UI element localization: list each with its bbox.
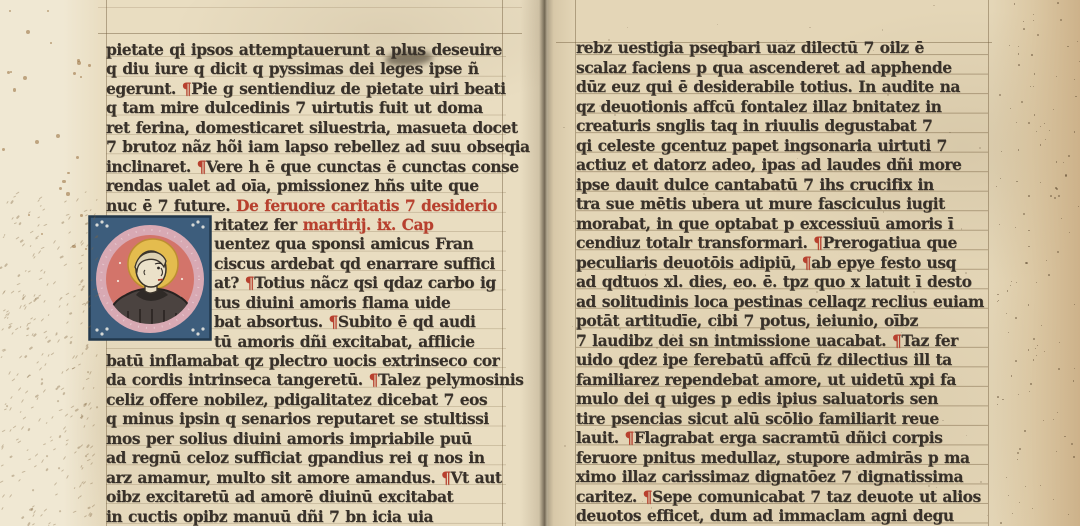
rubric-text: ¶ [892, 331, 901, 350]
rubric-text: ¶ [182, 79, 191, 98]
text-line: oibz excitaretū ad amorē diuinū excitaba… [106, 487, 506, 506]
text-line-with-rubric: egerunt. ¶Pie g sentiendiuz de pietate u… [106, 79, 506, 98]
body-text: Subito ē qd audi [338, 312, 475, 331]
rubric-text: ¶ [197, 157, 206, 176]
text-line: potāt artitudīe, cibi 7 potus, ieiunio, … [576, 311, 988, 331]
eye [157, 267, 160, 270]
body-text: rebz uestigia pseqbari uaz dilectū 7 oil… [576, 38, 924, 57]
body-text: qi celeste gcentuz papet ingsonaria uirt… [576, 136, 947, 155]
page-gutter-fold [520, 0, 576, 526]
text-line: tire psencias sicut alū scōlio familiari… [576, 409, 988, 429]
body-text: tire psencias sicut alū scōlio familiari… [576, 409, 939, 428]
text-line: batū inflamabat qz plectro uocis extrins… [106, 351, 506, 370]
body-text: at? [214, 273, 245, 292]
body-text: tus diuini amoris flama uide [214, 293, 450, 312]
body-text: bat absortus. [214, 312, 329, 331]
body-text: Talez pelymosinis [378, 370, 523, 389]
text-line: qi celeste gcentuz papet ingsonaria uirt… [576, 136, 988, 156]
body-text: rendas ualet ad oīa, pmissionez hñs uite… [106, 176, 479, 195]
historiated-initial [88, 215, 212, 341]
body-text: deuotos efficet, dum ad immaclam agni de… [576, 506, 954, 525]
text-line: 7 brutoz nãz hõi iam lapso rebellez ad s… [106, 137, 506, 156]
ruling-line-horizontal [98, 33, 522, 34]
text-line: pietate qi ipsos attemptauerunt a plus d… [106, 40, 506, 59]
body-text: egerunt. [106, 79, 182, 98]
body-text: tū amoris dñi excitabat, afflicie [214, 332, 474, 351]
text-line: mos per solius diuini amoris impriabile … [106, 429, 506, 448]
body-text: scalaz faciens p qua ascenderet ad apphe… [576, 58, 952, 77]
body-text: 7 laudibz dei sn intmissione uacabat. [576, 331, 892, 350]
manuscript-photo: pietate qi ipsos attemptauerunt a plus d… [0, 0, 1080, 526]
body-text: creaturis snglis taq in riuulis degustab… [576, 116, 932, 135]
text-line-with-rubric: peculiaris deuotōis adipiū, ¶ab epye fes… [576, 253, 988, 273]
rubric-text: ¶ [625, 428, 634, 447]
body-text: oibz excitaretū ad amorē diuinū excitaba… [106, 487, 453, 506]
body-text: ab epye festo usq [811, 253, 956, 272]
text-line: ad solitudinis loca pestinas cellaqz rec… [576, 292, 988, 312]
rubric-text: ¶ [802, 253, 811, 272]
text-line: rebz uestigia pseqbari uaz dilectū 7 oil… [576, 38, 988, 58]
body-text: ciscus ardebat qd enarrare suffici [214, 254, 495, 273]
body-text: Vt aut [450, 468, 501, 487]
body-text: inclinaret. [106, 157, 197, 176]
text-line-with-rubric: lauit. ¶Flagrabat erga sacramtū dñici co… [576, 428, 988, 448]
right-text-block: rebz uestigia pseqbari uaz dilectū 7 oil… [576, 38, 988, 526]
body-text: Totius nãcz qsi qdaz carbo ig [254, 273, 496, 292]
body-text: qz deuotionis affcū fontalez illaz bnita… [576, 97, 941, 116]
text-line-with-rubric: da cordis intrinseca tangeretū. ¶Talez p… [106, 370, 506, 389]
body-text: celiz offere nobilez, pdigalitatez diceb… [106, 390, 487, 409]
text-line: feruore pnitus medullaz, stupore admirās… [576, 448, 988, 468]
text-line-with-rubric: 7 laudibz dei sn intmissione uacabat. ¶T… [576, 331, 988, 351]
text-line: creaturis snglis taq in riuulis degustab… [576, 116, 988, 136]
body-text: tra sue mētis ubera ut mure fasciculus i… [576, 194, 945, 213]
text-line: deuotos efficet, dum ad immaclam agni de… [576, 506, 988, 526]
text-line: mulo dei q uiges p edis ipius saluatoris… [576, 389, 988, 409]
rubric-text: De feruore caritatis 7 desiderio [236, 196, 497, 215]
body-text: cendiuz totalr transformari. [576, 233, 813, 252]
body-text: ad solitudinis loca pestinas cellaqz rec… [576, 292, 984, 311]
body-text: q minus ipsin q senarios reputaret se st… [106, 409, 489, 428]
ruling-line-vertical [988, 0, 989, 526]
body-text: da cordis intrinseca tangeretū. [106, 370, 369, 389]
text-line: actiuz et datorz adeo, ipas ad laudes dñ… [576, 155, 988, 175]
body-text: in cuctis opibz manuū dñi 7 bn icia uia [106, 507, 433, 526]
body-text: ret ferina, domesticaret siluestria, mas… [106, 118, 518, 137]
text-line: ximo illaz carissimaz dignatōez 7 dignat… [576, 467, 988, 487]
monk-bust-illustration [88, 215, 212, 341]
body-text: caritez. [576, 487, 643, 506]
body-text: mos per solius diuini amoris impriabile … [106, 429, 472, 448]
body-text: Flagrabat erga sacramtū dñici corpis [634, 428, 942, 447]
mouth [158, 280, 163, 281]
body-text: Vere h ē que cunctas ē cunctas conse [206, 157, 519, 176]
body-text: nuc ē 7 future. [106, 196, 236, 215]
rubric-text: ¶ [329, 312, 338, 331]
text-line-with-rubric: nuc ē 7 future. De feruore caritatis 7 d… [106, 196, 506, 215]
body-text: morabat, in que optabat p excessiuū amor… [576, 214, 953, 233]
body-text: mulo dei q uiges p edis ipius saluatoris… [576, 389, 938, 408]
text-line: celiz offere nobilez, pdigalitatez diceb… [106, 390, 506, 409]
text-line: rendas ualet ad oīa, pmissionez hñs uite… [106, 176, 506, 195]
ruling-line-horizontal [98, 7, 522, 8]
text-line: ad regnū celoz sufficiat gpandius rei q … [106, 448, 506, 467]
body-text: 7 brutoz nãz hõi iam lapso rebellez ad s… [106, 137, 530, 156]
body-text: actiuz et datorz adeo, ipas ad laudes dñ… [576, 155, 961, 174]
body-text: ipse dauit dulce cantabatū 7 ihs crucifi… [576, 175, 934, 194]
rubric-text: ¶ [643, 487, 652, 506]
body-text: feruore pnitus medullaz, stupore admirās… [576, 448, 970, 467]
body-text: Pie g sentiendiuz de pietate uiri beati [191, 79, 505, 98]
text-line: ad qdtuos xl. dies, eo. ē. tpz quo x lat… [576, 272, 988, 292]
text-line: scalaz faciens p qua ascenderet ad apphe… [576, 58, 988, 78]
body-text: ritatez fer [214, 215, 303, 234]
body-text: ximo illaz carissimaz dignatōez 7 dignat… [576, 467, 963, 486]
body-text: q diu iure q dicit q pyssimas dei leges … [106, 59, 479, 78]
text-line: ret ferina, domesticaret siluestria, mas… [106, 118, 506, 137]
body-text: Prerogatiua que [823, 233, 957, 252]
rubric-text: ¶ [369, 370, 378, 389]
body-text: familiarez rependebat amore, ut uidetū x… [576, 370, 956, 389]
text-line-with-rubric: arz amamur, multo sit amore amandus. ¶Vt… [106, 468, 506, 487]
text-line-with-rubric: cendiuz totalr transformari. ¶Prerogatiu… [576, 233, 988, 253]
body-text: uentez qua sponsi amicus Fran [214, 234, 473, 253]
text-line: q minus ipsin q senarios reputaret se st… [106, 409, 506, 428]
text-line: tra sue mētis ubera ut mure fasciculus i… [576, 194, 988, 214]
text-line: q tam mire dulcedinis 7 uirtutis fuit ut… [106, 98, 506, 117]
body-text: batū inflamabat qz plectro uocis extrins… [106, 351, 499, 370]
text-line: morabat, in que optabat p excessiuū amor… [576, 214, 988, 234]
body-text: peculiaris deuotōis adipiū, [576, 253, 802, 272]
body-text: q tam mire dulcedinis 7 uirtutis fuit ut… [106, 98, 483, 117]
rubric-text: ¶ [813, 233, 822, 252]
body-text: pietate qi ipsos attemptauerunt a plus d… [106, 40, 502, 59]
body-text: potāt artitudīe, cibi 7 potus, ieiunio, … [576, 311, 918, 330]
rubric-text: ¶ [245, 273, 254, 292]
text-line: q diu iure q dicit q pyssimas dei leges … [106, 59, 506, 78]
text-line: familiarez rependebat amore, ut uidetū x… [576, 370, 988, 390]
text-line: uido qdez ipe ferebatū affcū fz dilectiu… [576, 350, 988, 370]
body-text: lauit. [576, 428, 625, 447]
left-parchment-edge [0, 0, 102, 526]
text-line: in cuctis opibz manuū dñi 7 bn icia uia [106, 507, 506, 526]
body-text: Taz fer [901, 331, 958, 350]
right-parchment-edge [992, 0, 1080, 526]
text-line: ipse dauit dulce cantabatū 7 ihs crucifi… [576, 175, 988, 195]
text-line: qz deuotionis affcū fontalez illaz bnita… [576, 97, 988, 117]
rubric-text: martirij. ix. Cap [303, 215, 434, 234]
body-text: ad regnū celoz sufficiat gpandius rei q … [106, 448, 485, 467]
body-text: Sepe comunicabat 7 taz deuote ut alios [652, 487, 981, 506]
text-line: dūz euz qui ē desiderabile totius. In au… [576, 77, 988, 97]
body-text: dūz euz qui ē desiderabile totius. In au… [576, 77, 960, 96]
body-text: ad qdtuos xl. dies, eo. ē. tpz quo x lat… [576, 272, 971, 291]
body-text: arz amamur, multo sit amore amandus. [106, 468, 441, 487]
body-text: uido qdez ipe ferebatū affcū fz dilectiu… [576, 350, 952, 369]
text-line-with-rubric: caritez. ¶Sepe comunicabat 7 taz deuote … [576, 487, 988, 507]
text-line-with-rubric: inclinaret. ¶Vere h ē que cunctas ē cunc… [106, 157, 506, 176]
